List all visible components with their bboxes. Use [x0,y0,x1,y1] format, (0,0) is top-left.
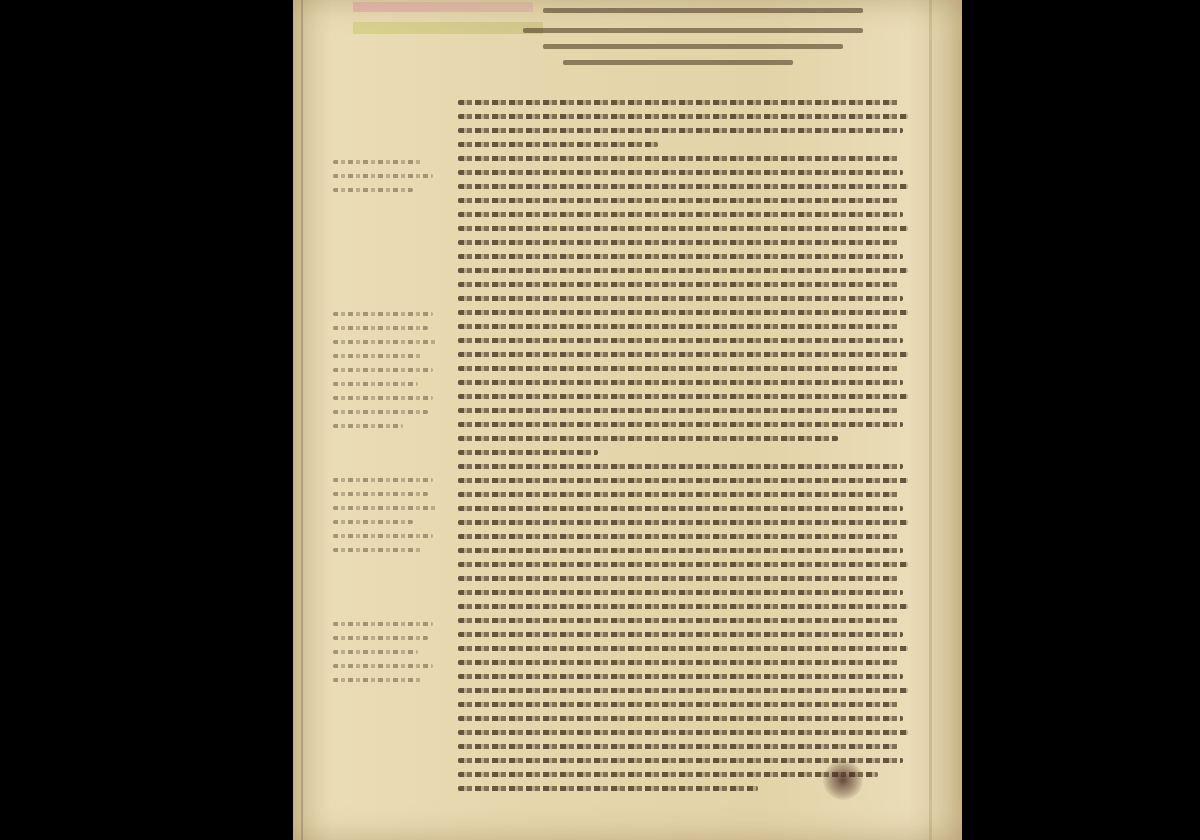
paragraph-3 [458,464,908,651]
main-text-block [458,100,908,800]
paragraph-1 [458,100,908,147]
margin-notes [333,160,443,692]
left-black-border [0,0,293,840]
yellow-rubric [353,22,543,34]
page-header [343,0,903,80]
header-line [523,28,863,33]
header-line [563,60,793,65]
red-rubric [353,2,533,12]
manuscript-page [293,0,962,840]
paragraph-2 [458,156,908,455]
right-black-border [962,0,1200,840]
header-line [543,8,863,13]
ink-stain [823,760,863,800]
header-line [543,44,843,49]
